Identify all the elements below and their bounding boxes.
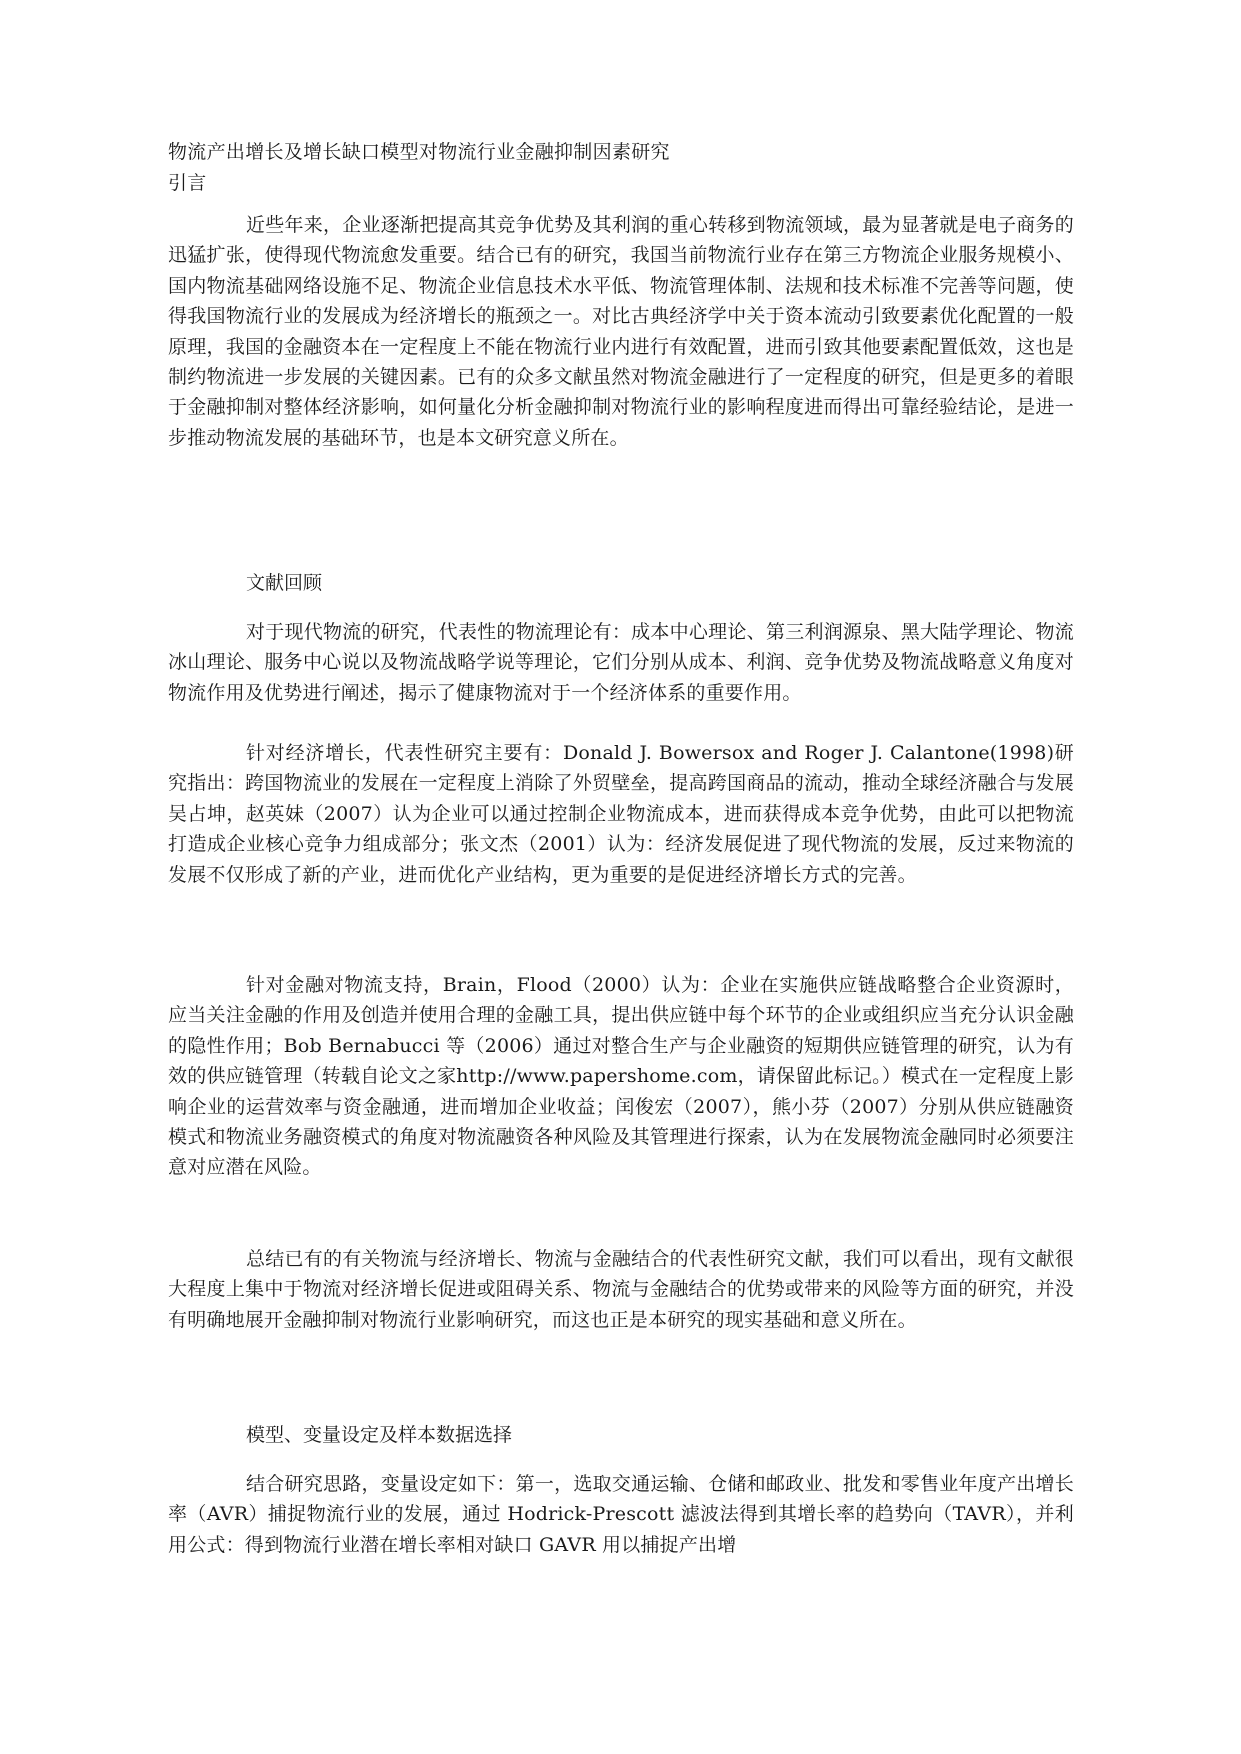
literature-paragraph-3: 针对金融对物流支持，Brain，Flood（2000）认为：企业在实施供应链战略… — [168, 970, 1074, 1183]
literature-paragraph-4: 总结已有的有关物流与经济增长、物流与金融结合的代表性研究文献，我们可以看出，现有… — [168, 1244, 1074, 1335]
intro-paragraph-1: 近些年来，企业逐渐把提高其竞争优势及其利润的重心转移到物流领域，最为显著就是电子… — [168, 210, 1074, 453]
model-paragraph-1: 结合研究思路，变量设定如下：第一，选取交通运输、仓储和邮政业、批发和零售业年度产… — [168, 1469, 1074, 1560]
intro-heading: 引言 — [168, 168, 1074, 198]
literature-paragraph-2: 针对经济增长，代表性研究主要有：Donald J. Bowersox and R… — [168, 738, 1074, 890]
section-heading-literature-review: 文献回顾 — [246, 568, 322, 598]
document-title: 物流产出增长及增长缺口模型对物流行业金融抑制因素研究 — [168, 137, 1074, 167]
literature-paragraph-1: 对于现代物流的研究，代表性的物流理论有：成本中心理论、第三利润源泉、黑大陆学理论… — [168, 617, 1074, 708]
section-heading-model: 模型、变量设定及样本数据选择 — [246, 1420, 512, 1450]
